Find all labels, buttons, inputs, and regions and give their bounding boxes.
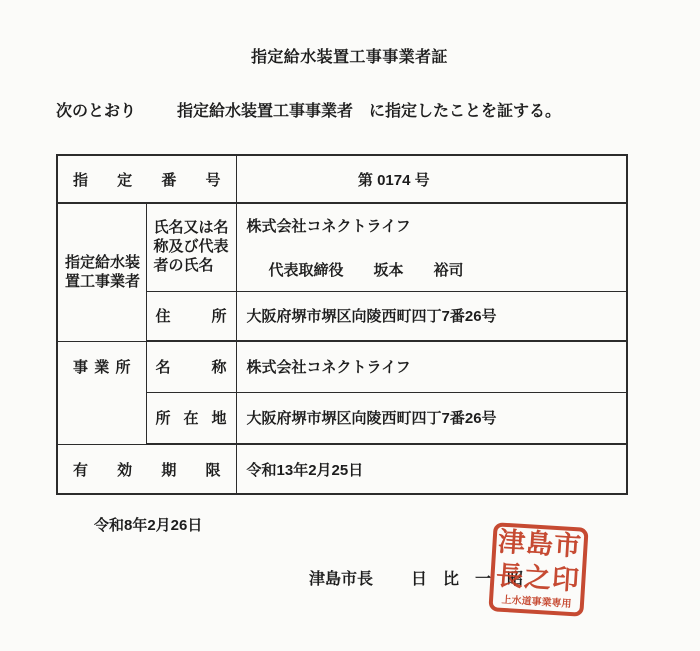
operator-address-value: 大阪府堺市堺区向陵西町四丁7番26号 <box>236 291 627 341</box>
intro-prefix: 次のとおり <box>56 98 136 121</box>
signature-line: 津島市長 日 比 一 昭 <box>0 566 700 588</box>
official-red-seal: 津島市 長之印 上水道事業専用 <box>488 522 588 617</box>
seal-text-row1: 津島市 <box>497 528 583 561</box>
table-row: 指定給水装置工事業者 氏名又は名称及び代表者の氏名 株式会社コネクトライフ 代表… <box>57 203 627 291</box>
intro-suffix: に指定したことを証する。 <box>369 98 561 121</box>
certificate-page: 指定給水装置工事事業者証 次のとおり 指定給水装置工事事業者 に指定したことを証… <box>0 0 700 651</box>
intro-subject: 指定給水装置工事事業者 <box>177 98 353 121</box>
operator-address-label: 住所 <box>146 291 236 341</box>
seal-text-row2: 長之印 <box>495 561 581 594</box>
office-location-value: 大阪府堺市堺区向陵西町四丁7番26号 <box>236 392 627 444</box>
table-row: 有効期限 令和13年2月25日 <box>57 444 627 494</box>
validity-value: 令和13年2月25日 <box>236 444 627 494</box>
validity-label: 有効期限 <box>57 444 236 494</box>
issue-date: 令和8年2月26日 <box>94 514 202 535</box>
operator-representative-name: 代表取締役 坂本 裕司 <box>269 259 623 280</box>
office-name-value: 株式会社コネクトライフ <box>236 341 627 392</box>
certificate-table: 指定番号 第 0174 号 指定給水装置工事業者 氏名又は名称及び代表者の氏名 … <box>56 154 628 495</box>
seal-bottom-text: 上水道事業専用 <box>501 595 572 610</box>
intro-line: 次のとおり 指定給水装置工事事業者 に指定したことを証する。 <box>0 98 700 120</box>
operator-name-value: 株式会社コネクトライフ 代表取締役 坂本 裕司 <box>236 203 627 291</box>
operator-company-name: 株式会社コネクトライフ <box>247 215 623 236</box>
office-location-label: 所在地 <box>146 392 236 444</box>
operator-name-label: 氏名又は名称及び代表者の氏名 <box>146 203 236 291</box>
office-name-label: 名称 <box>146 341 236 392</box>
designation-number-label: 指定番号 <box>57 155 236 203</box>
table-row: 指定番号 第 0174 号 <box>57 155 627 203</box>
designation-number-value: 第 0174 号 <box>236 155 627 203</box>
signer-title: 津島市長 <box>309 566 373 589</box>
page-title: 指定給水装置工事事業者証 <box>251 44 448 67</box>
table-row: 事業所 名称 株式会社コネクトライフ <box>57 341 627 392</box>
operator-label: 指定給水装置工事業者 <box>57 203 146 341</box>
office-label: 事業所 <box>57 341 146 444</box>
